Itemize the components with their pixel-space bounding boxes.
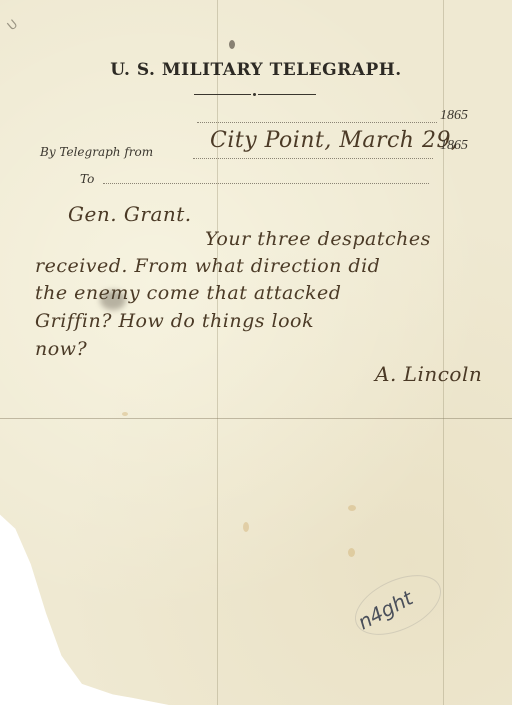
foxing-stain [348,548,355,557]
foxing-stain [348,505,356,511]
date-dotted-line [197,122,437,123]
ink-spot [229,40,235,49]
fold-line-vertical [443,0,444,705]
fold-line-vertical [217,0,218,705]
foxing-stain [122,412,128,416]
message-line: received. From what direction did [35,255,380,277]
fold-line-horizontal [0,418,512,419]
telegram-paper: U U. S. MILITARY TELEGRAPH. 1865 By Tele… [0,0,512,705]
from-year: 1865 [440,138,468,154]
message-line: Griffin? How do things look [35,310,314,332]
message-line: now? [35,338,87,360]
date-line-year: 1865 [440,108,468,124]
heading-ornament [194,93,316,97]
from-dotted-line [193,158,433,159]
message-line: the enemy come that attacked [35,282,341,304]
salutation: Gen. Grant. [68,202,192,226]
foxing-stain [28,580,34,586]
from-label: By Telegraph from [40,145,153,159]
ink-smudge [100,290,126,310]
to-dotted-line [103,183,429,184]
message-line: Your three despatches [205,228,431,250]
corner-mark: U [5,17,21,33]
to-label: To [80,172,94,186]
from-value: City Point, March 29, [210,128,458,153]
printed-heading: U. S. MILITARY TELEGRAPH. [0,60,512,80]
signature: A. Lincoln [375,362,482,386]
foxing-stain [243,522,249,532]
